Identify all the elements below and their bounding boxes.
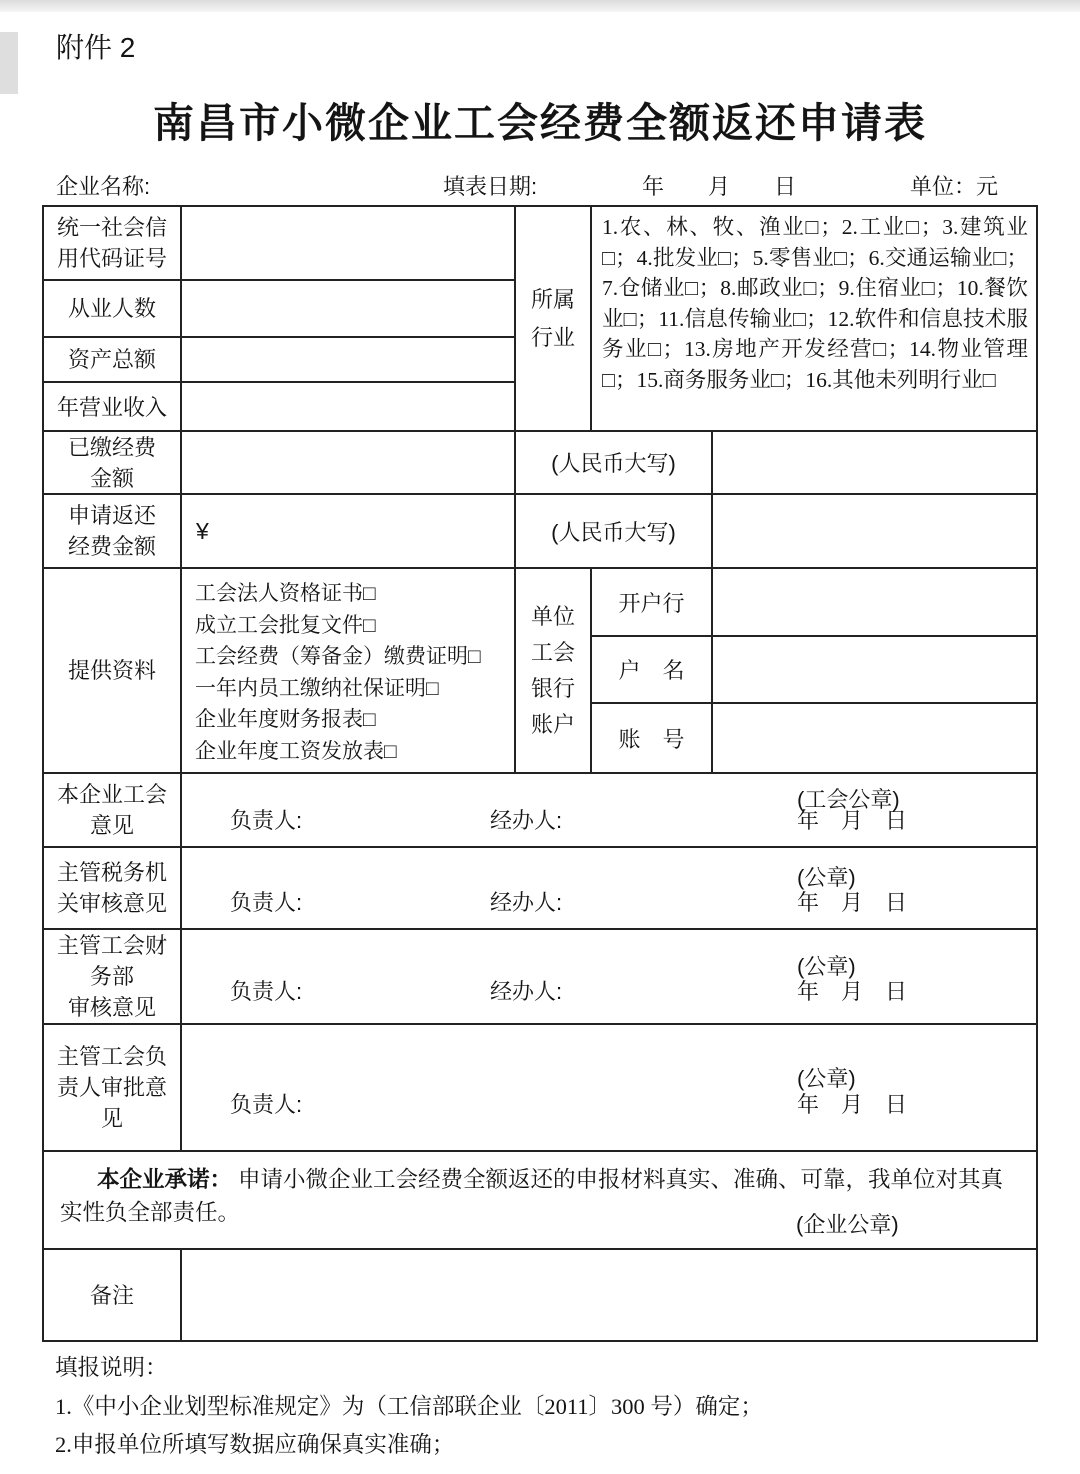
date-ymd-label: 年 月 日 [797,886,907,917]
form-meta-row: 企业名称: 填表日期: 年 月 日 单位：元 [0,170,1080,202]
bank-branch-field[interactable] [713,569,1036,635]
union-finance-review-row: 主管工会财 务部 审核意见 (公章) 负责人: 经办人: 年 月 日 [44,930,1036,1025]
union-finance-review-area[interactable]: (公章) 负责人: 经办人: 年 月 日 [182,930,1036,1023]
unit-label: 单位：元 [910,170,998,201]
materials-item[interactable]: 一年内员工缴纳社保证明□ [195,673,514,705]
credit-code-label: 统一社会信 用代码证号 [44,207,182,279]
employee-count-label: 从业人数 [44,281,182,336]
paid-amount-rmb-label: (人民币大写) [516,432,713,493]
refund-amount-words-field[interactable] [713,495,1036,567]
paid-amount-row: 已缴经费 金额 (人民币大写) [44,432,1036,495]
account-name-label: 户 名 [592,637,713,702]
refund-amount-row: 申请返还 经费金额 ¥ (人民币大写) [44,495,1036,569]
industry-label: 所属 行业 [516,207,592,430]
paid-amount-field[interactable] [182,432,516,493]
materials-list: 工会法人资格证书□ 成立工会批复文件□ 工会经费（筹备金）缴费证明□ 一年内员工… [182,569,516,772]
table-row: 开户行 [592,569,1036,637]
refund-amount-label: 申请返还 经费金额 [44,495,182,567]
section-basic-info: 统一社会信 用代码证号 从业人数 资产总额 年营业收入 [44,207,1036,432]
paid-amount-words-field[interactable] [713,432,1036,493]
industry-options[interactable]: 1.农、林、牧、渔业□；2.工业□；3.建筑业□；4.批发业□；5.零售业□；6… [592,207,1036,430]
attachment-label: 附件 2 [56,26,135,66]
date-ymd-label: 年 月 日 [797,1088,907,1119]
union-opinion-label: 本企业工会 意见 [44,774,182,846]
paid-amount-label: 已缴经费 金额 [44,432,182,493]
annual-revenue-label: 年营业收入 [44,383,182,432]
table-row: 年营业收入 [44,383,514,432]
materials-item[interactable]: 企业年度工资发放表□ [195,736,514,768]
refund-amount-rmb-label: (人民币大写) [516,495,713,567]
materials-item[interactable]: 工会法人资格证书□ [195,578,514,610]
date-ymd-label: 年 月 日 [797,804,907,835]
refund-amount-field[interactable]: ¥ [182,495,516,567]
tax-review-label: 主管税务机 关审核意见 [44,848,182,928]
account-name-field[interactable] [713,637,1036,702]
tax-review-row: 主管税务机 关审核意见 (公章) 负责人: 经办人: 年 月 日 [44,848,1036,930]
total-assets-label: 资产总额 [44,338,182,381]
account-number-label: 账 号 [592,704,713,772]
responsible-person-label: 负责人: [230,975,302,1006]
date-ymd-label: 年 月 日 [797,975,907,1006]
responsible-person-label: 负责人: [230,886,302,917]
scan-artifact-left [0,32,18,94]
table-row: 账 号 [592,704,1036,772]
handler-label: 经办人: [490,804,562,835]
fill-date-label: 填表日期: [443,170,537,201]
filling-instruction-item: 2.申报单位所填写数据应确保真实准确； [55,1426,763,1465]
responsible-person-label: 负责人: [230,1088,302,1119]
bank-branch-label: 开户行 [592,569,713,635]
fill-date-ymd[interactable]: 年 月 日 [642,170,796,201]
promise-statement: 本企业承诺：申请小微企业工会经费全额返还的申报材料真实、准确、可靠，我单位对其真… [44,1152,1036,1248]
annual-revenue-field[interactable] [182,383,514,432]
bank-account-label: 单位 工会 银行 账户 [516,569,592,772]
employee-count-field[interactable] [182,281,514,336]
materials-item[interactable]: 企业年度财务报表□ [195,704,514,736]
union-leader-approval-label: 主管工会负 责人审批意 见 [44,1025,182,1150]
total-assets-field[interactable] [182,338,514,381]
materials-item[interactable]: 成立工会批复文件□ [195,610,514,642]
remark-field[interactable] [182,1250,1036,1340]
section-materials-bank: 提供资料 工会法人资格证书□ 成立工会批复文件□ 工会经费（筹备金）缴费证明□ … [44,569,1036,774]
union-opinion-row: 本企业工会 意见 (工会公章) 负责人: 经办人: 年 月 日 [44,774,1036,848]
company-name-label: 企业名称: [56,170,150,201]
table-row: 资产总额 [44,338,514,383]
responsible-person-label: 负责人: [230,804,302,835]
union-leader-approval-row: 主管工会负 责人审批意 见 (公章) 负责人: 年 月 日 [44,1025,1036,1152]
basic-info-colgroup: 统一社会信 用代码证号 从业人数 资产总额 年营业收入 [44,207,516,430]
tax-review-area[interactable]: (公章) 负责人: 经办人: 年 月 日 [182,848,1036,928]
promise-row: 本企业承诺：申请小微企业工会经费全额返还的申报材料真实、准确、可靠，我单位对其真… [44,1152,1036,1250]
scan-artifact-top [0,0,1080,12]
materials-item[interactable]: 工会经费（筹备金）缴费证明□ [195,641,514,673]
filling-instructions-title: 填报说明： [55,1349,763,1388]
promise-label: 本企业承诺： [97,1167,232,1192]
table-row: 户 名 [592,637,1036,704]
company-name-field[interactable] [180,170,420,198]
handler-label: 经办人: [490,886,562,917]
form-title: 南昌市小微企业工会经费全额返还申请表 [0,90,1080,149]
table-row: 从业人数 [44,281,514,338]
union-leader-approval-area[interactable]: (公章) 负责人: 年 月 日 [182,1025,1036,1150]
account-number-field[interactable] [713,704,1036,772]
filling-instruction-item: 1.《中小企业划型标准规定》为（工信部联企业〔2011〕300 号）确定； [55,1388,763,1427]
remark-label: 备注 [44,1250,182,1340]
union-finance-review-label: 主管工会财 务部 审核意见 [44,930,182,1023]
bank-colgroup: 开户行 户 名 账 号 [592,569,1036,772]
filling-instructions: 填报说明： 1.《中小企业划型标准规定》为（工信部联企业〔2011〕300 号）… [55,1349,763,1465]
company-seal-label: (企业公章) [796,1208,899,1241]
handler-label: 经办人: [490,975,562,1006]
union-opinion-area[interactable]: (工会公章) 负责人: 经办人: 年 月 日 [182,774,1036,846]
table-row: 统一社会信 用代码证号 [44,207,514,281]
application-form-page: 附件 2 南昌市小微企业工会经费全额返还申请表 企业名称: 填表日期: 年 月 … [0,0,1080,1474]
application-table: 统一社会信 用代码证号 从业人数 资产总额 年营业收入 [42,205,1038,1342]
credit-code-field[interactable] [182,207,514,279]
materials-label: 提供资料 [44,569,182,772]
remark-row: 备注 [44,1250,1036,1340]
